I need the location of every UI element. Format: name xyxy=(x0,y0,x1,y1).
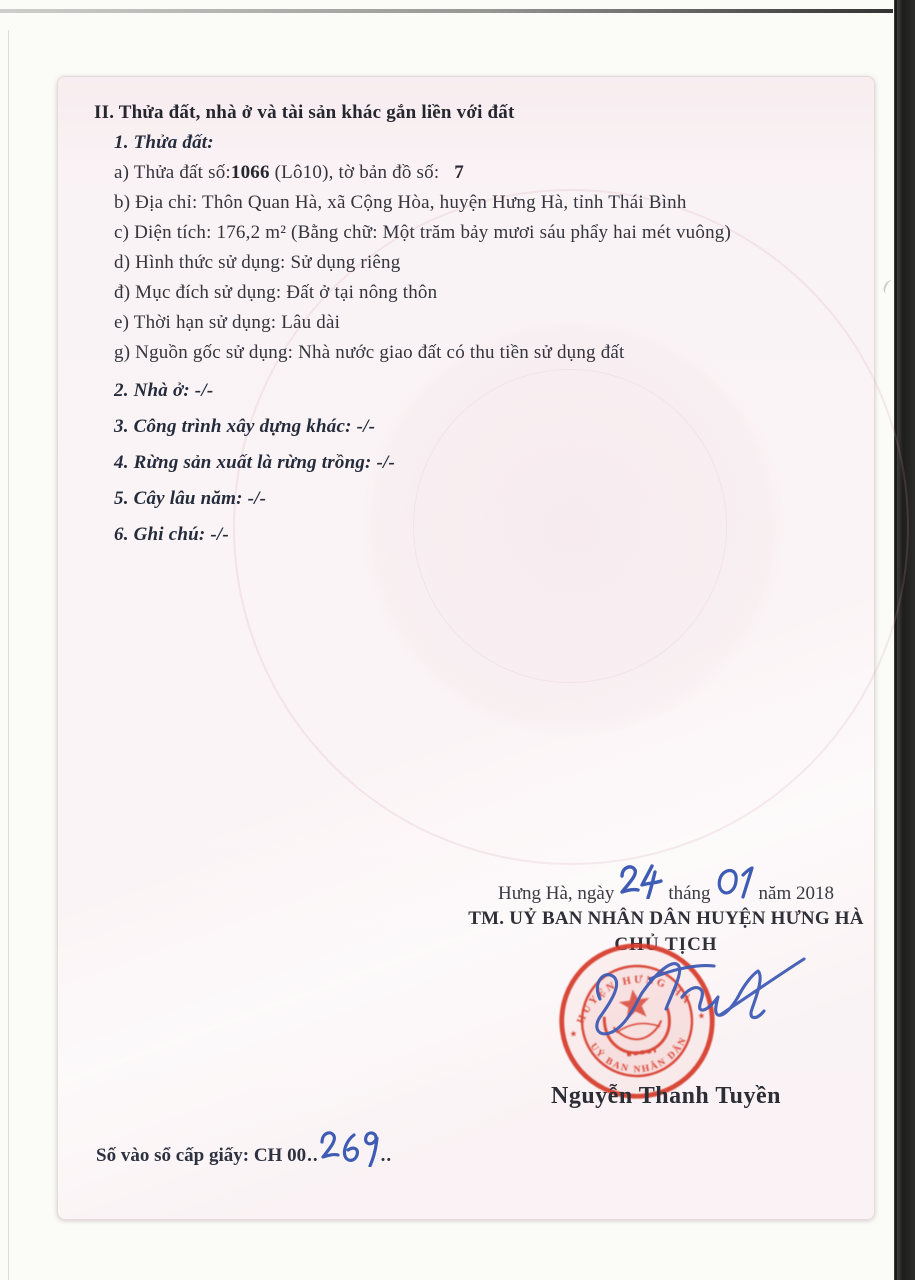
issue-date-line: Hưng Hà, ngày tháng xyxy=(458,861,874,905)
registry-dots-after: .. xyxy=(381,1145,393,1167)
parcel-line-c: c) Diện tích: 176,2 m² (Bằng chữ: Một tr… xyxy=(114,219,864,247)
scan-top-edge xyxy=(0,9,893,13)
scan-right-edge-line xyxy=(894,0,897,1280)
map-sheet-number: 7 xyxy=(454,162,464,183)
parcel-line-d: d) Hình thức sử dụng: Sử dụng riêng xyxy=(114,249,864,277)
parcel-line-dd: đ) Mục đích sử dụng: Đất ở tại nông thôn xyxy=(114,279,864,307)
certificate-page: II. Thửa đất, nhà ở và tài sản khác gắn … xyxy=(57,76,875,1220)
scan-right-edge xyxy=(895,0,915,1280)
parcel-line-a-mid: (Lô10), tờ bản đồ số: xyxy=(270,162,445,183)
signature-scrawl xyxy=(570,943,810,1055)
parcel-section: II. Thửa đất, nhà ở và tài sản khác gắn … xyxy=(94,99,864,555)
parcel-line-a: a) Thửa đất số:1066 (Lô10), tờ bản đồ số… xyxy=(114,159,864,187)
registry-label: Số vào sổ cấp giấy: CH 00 xyxy=(96,1145,306,1167)
parcel-heading: 1. Thửa đất: xyxy=(114,129,864,157)
parcel-line-e: e) Thời hạn sử dụng: Lâu dài xyxy=(114,309,864,337)
parcel-number: 1066 xyxy=(231,162,270,183)
registry-line: Số vào sổ cấp giấy: CH 00 .. .. xyxy=(96,1139,393,1173)
date-year: năm 2018 xyxy=(759,883,834,905)
parcel-line-g: g) Nguồn gốc sử dụng: Nhà nước giao đất … xyxy=(114,339,864,367)
handwritten-day xyxy=(618,861,664,905)
item-production-forest: 4. Rừng sản xuất là rừng trồng: -/- xyxy=(114,447,864,478)
date-month-word: tháng xyxy=(668,883,710,905)
item-notes: 6. Ghi chú: -/- xyxy=(114,519,864,550)
other-asset-items: 2. Nhà ở: -/- 3. Công trình xây dựng khá… xyxy=(114,375,864,550)
parcel-line-b: b) Địa chỉ: Thôn Quan Hà, xã Cộng Hòa, h… xyxy=(114,189,864,217)
item-other-construction: 3. Công trình xây dựng khác: -/- xyxy=(114,411,864,442)
signer-name: Nguyễn Thanh Tuyền xyxy=(458,1083,874,1110)
scan-left-edge xyxy=(8,30,9,1280)
date-prefix: Hưng Hà, ngày xyxy=(498,883,614,905)
item-house: 2. Nhà ở: -/- xyxy=(114,375,864,406)
issuing-authority: TM. UỶ BAN NHÂN DÂN HUYỆN HƯNG HÀ xyxy=(458,908,874,930)
parcel-line-a-label: a) Thửa đất số: xyxy=(114,162,231,183)
handwritten-month xyxy=(715,865,755,905)
handwritten-registry-number xyxy=(318,1125,382,1173)
item-perennial-trees: 5. Cây lâu năm: -/- xyxy=(114,483,864,514)
section-ii-title: II. Thửa đất, nhà ở và tài sản khác gắn … xyxy=(94,99,864,127)
